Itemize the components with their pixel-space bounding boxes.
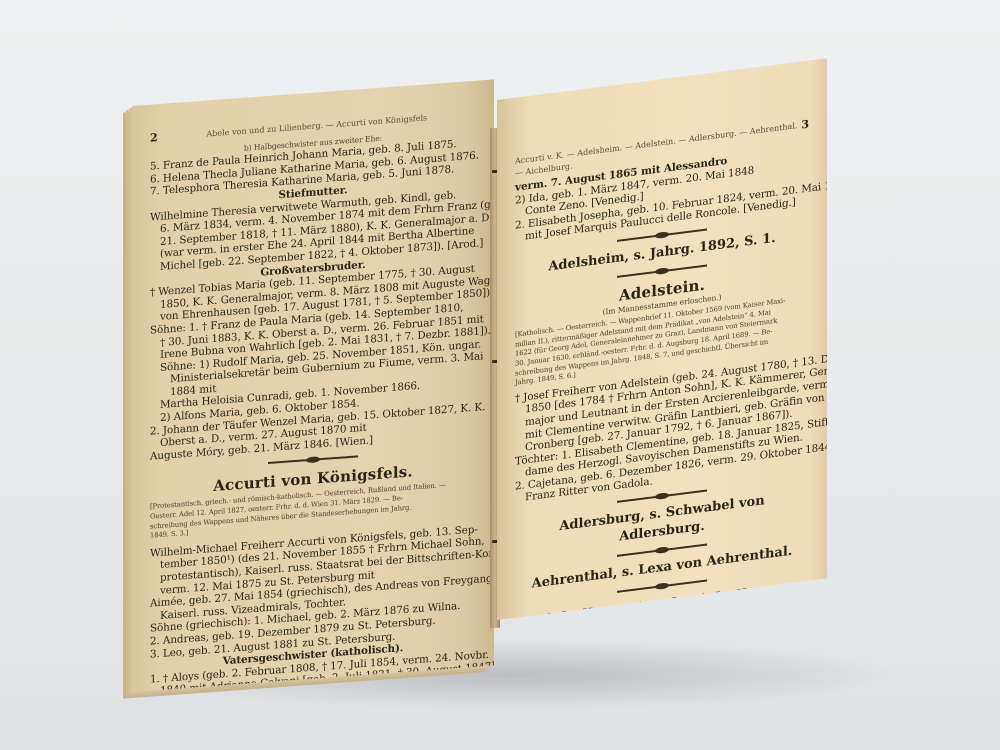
left-body-block-2: Wilhelm-Michael Freiherr Accurti von Kön… — [150, 524, 476, 692]
left-page-number: 2 — [150, 132, 158, 145]
right-page-number: 3 — [801, 119, 809, 144]
left-page: 2 Abele von und zu Lilienberg. — Accurti… — [132, 79, 494, 692]
right-page: Accurti v. K. — Adelsheim. — Adelstein. … — [497, 58, 827, 620]
section-note-aichelburg: [Katholisch. — Oesterreich. — Belehnung … — [515, 619, 809, 620]
left-body-block-1: b) Halbgeschwister aus zweiter Ehe:5. Fr… — [150, 127, 476, 463]
text-line: [Katholisch. — Oesterreich. — Belehnung … — [515, 619, 809, 620]
ornament-rule — [268, 456, 358, 465]
